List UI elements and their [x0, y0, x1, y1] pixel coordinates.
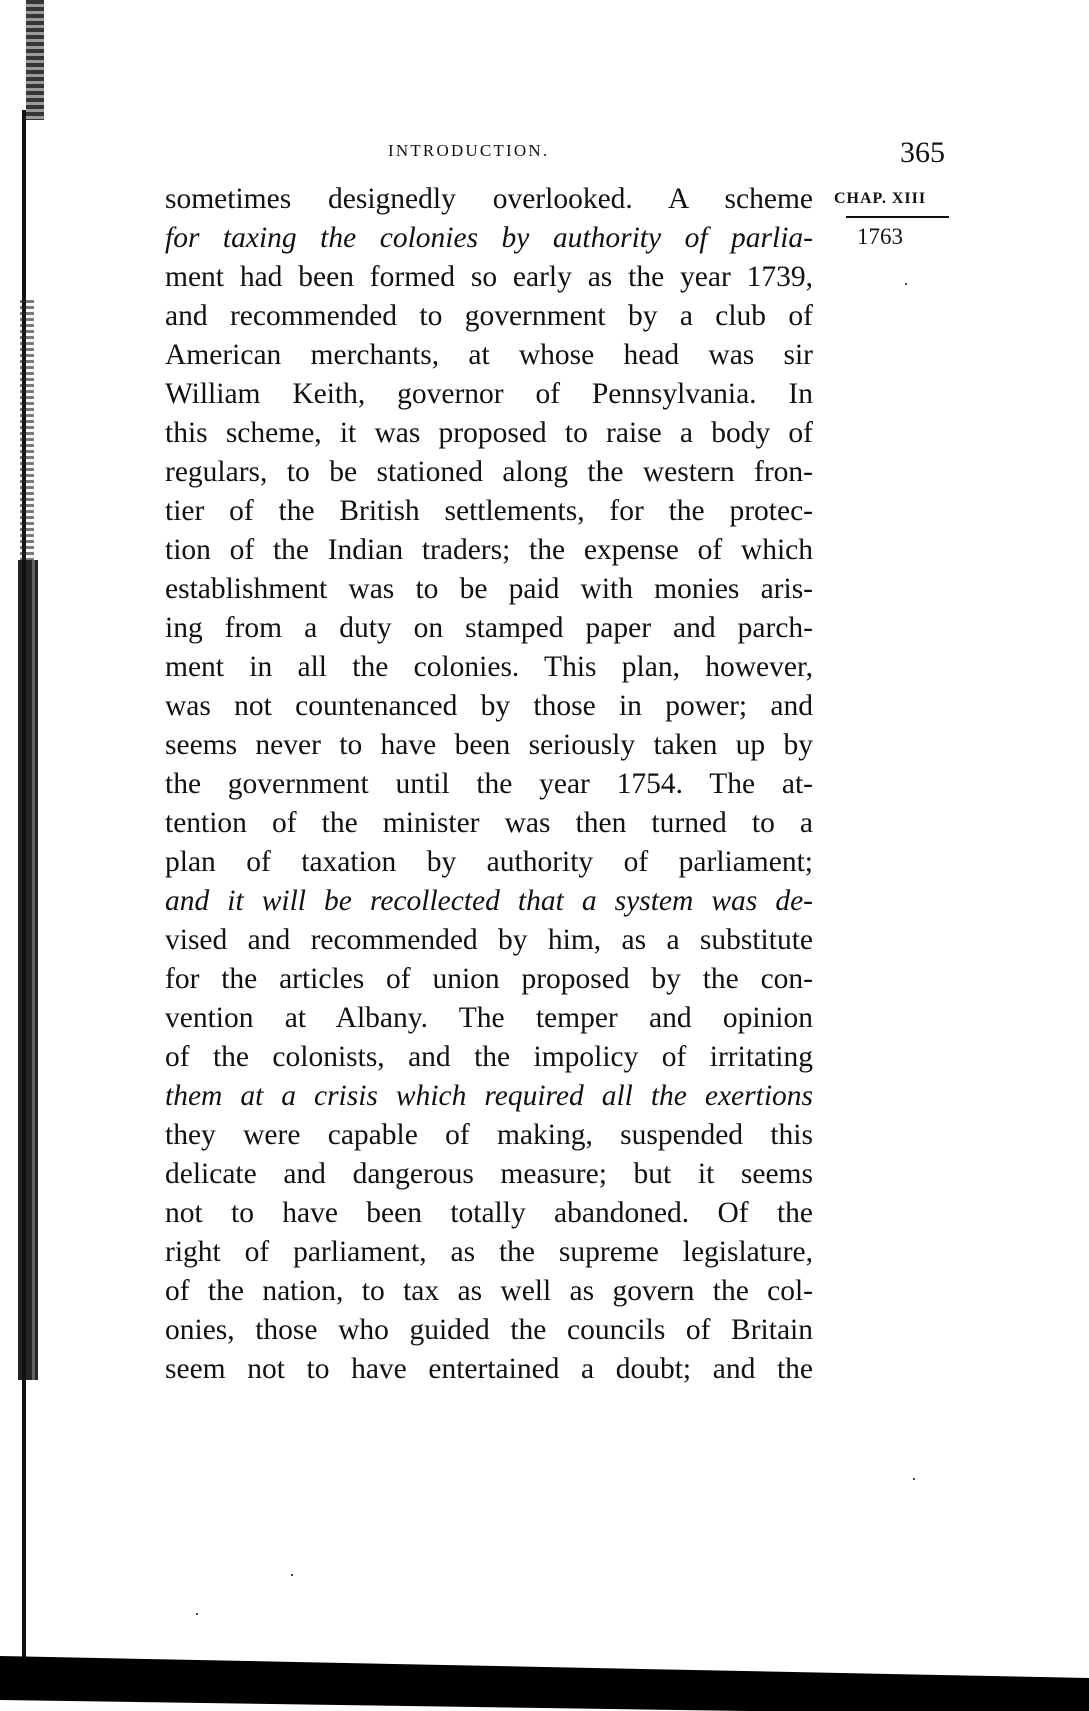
text-line: ing from a duty on stamped paper and par… — [165, 609, 813, 648]
body-text: sometimes designedly overlooked. A schem… — [165, 180, 813, 1389]
paper-speck — [905, 283, 907, 285]
text-line: plan of taxation by authority of parliam… — [165, 843, 813, 882]
paper-speck — [196, 1613, 198, 1615]
text-line: for the articles of union proposed by th… — [165, 960, 813, 999]
scan-bottom-edge — [0, 1656, 1089, 1711]
binding-shadow-dense — [18, 560, 42, 1380]
text-line: not to have been totally abandoned. Of t… — [165, 1194, 813, 1233]
text-line: they were capable of making, suspended t… — [165, 1116, 813, 1155]
text-line: and it will be recollected that a system… — [165, 882, 813, 921]
text-line: seems never to have been seriously taken… — [165, 726, 813, 765]
text-line: ment in all the colonies. This plan, how… — [165, 648, 813, 687]
text-line: onies, those who guided the councils of … — [165, 1311, 813, 1350]
text-line: right of parliament, as the supreme legi… — [165, 1233, 813, 1272]
text-line: delicate and dangerous measure; but it s… — [165, 1155, 813, 1194]
text-line: seem not to have entertained a doubt; an… — [165, 1350, 813, 1389]
text-line: vised and recommended by him, as a subst… — [165, 921, 813, 960]
text-line: tier of the British settlements, for the… — [165, 492, 813, 531]
text-line: and recommended to government by a club … — [165, 297, 813, 336]
text-line: of the nation, to tax as well as govern … — [165, 1272, 813, 1311]
text-line: them at a crisis which required all the … — [165, 1077, 813, 1116]
margin-year: 1763 — [857, 224, 903, 250]
text-line: American merchants, at whose head was si… — [165, 336, 813, 375]
page-number: 365 — [900, 136, 945, 170]
text-line: ment had been formed so early as the yea… — [165, 258, 813, 297]
margin-rule — [846, 216, 949, 218]
text-line: William Keith, governor of Pennsylvania.… — [165, 375, 813, 414]
book-binding-edge — [0, 0, 60, 1711]
text-line: tion of the Indian traders; the expense … — [165, 531, 813, 570]
binding-shadow-mid — [20, 300, 34, 560]
text-line: the government until the year 1754. The … — [165, 765, 813, 804]
running-head: INTRODUCTION. — [388, 141, 549, 161]
text-line: this scheme, it was proposed to raise a … — [165, 414, 813, 453]
text-line: was not countenanced by those in power; … — [165, 687, 813, 726]
text-line: regulars, to be stationed along the west… — [165, 453, 813, 492]
text-line: vention at Albany. The temper and opinio… — [165, 999, 813, 1038]
paper-speck — [913, 1478, 915, 1480]
text-line: of the colonists, and the impolicy of ir… — [165, 1038, 813, 1077]
binding-shadow-top — [26, 0, 44, 120]
text-line: establishment was to be paid with monies… — [165, 570, 813, 609]
text-line: tention of the minister was then turned … — [165, 804, 813, 843]
text-line: sometimes designedly overlooked. A schem… — [165, 180, 813, 219]
paper-speck — [291, 1574, 293, 1576]
text-line: for taxing the colonies by authority of … — [165, 219, 813, 258]
margin-chapter-label: CHAP. XIII — [834, 190, 926, 208]
